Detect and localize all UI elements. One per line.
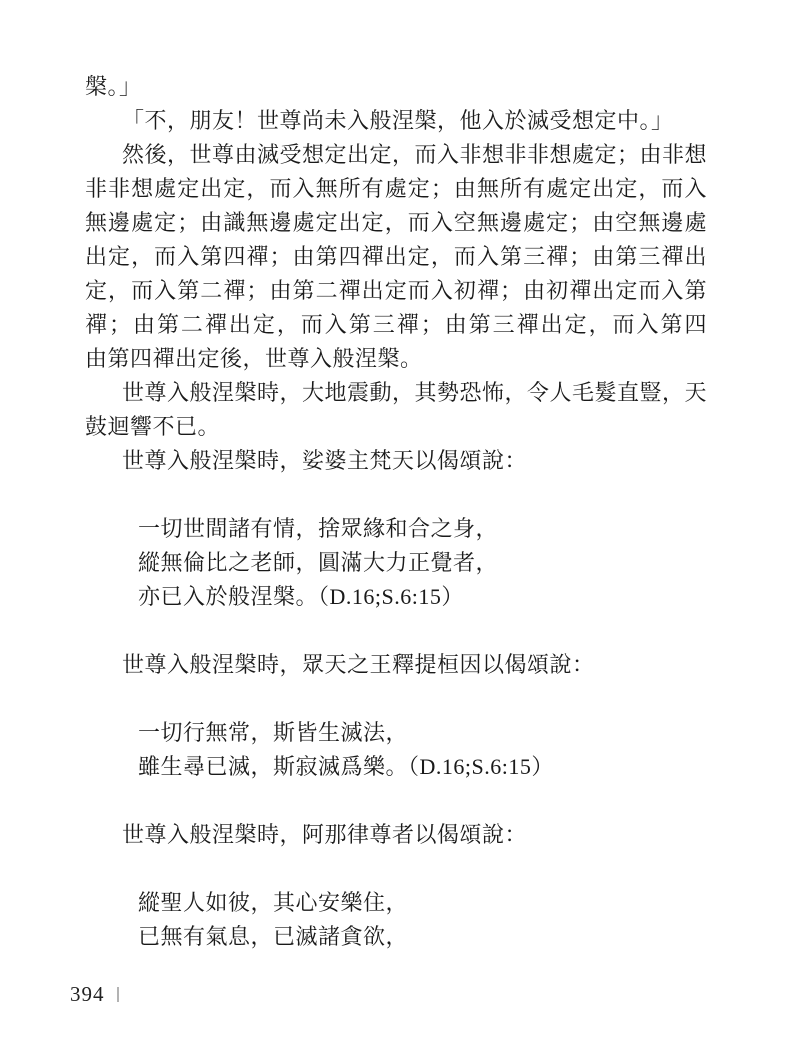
text-line: 一切世間諸有情，捨眾緣和合之身， bbox=[85, 512, 707, 546]
text-line: 世尊入般涅槃時，眾天之王釋提桓因以偈頌說： bbox=[85, 648, 707, 682]
text-line: 出定，而入第四禪；由第四禪出定，而入第三禪；由第三禪出 bbox=[85, 240, 707, 274]
page-number: 394 bbox=[70, 982, 105, 1006]
page-footer: 394 bbox=[70, 982, 119, 1006]
text-line: 「不，朋友！世尊尚未入般涅槃，他入於滅受想定中。」 bbox=[85, 104, 707, 138]
text-line: 世尊入般涅槃時，娑婆主梵天以偈頌說： bbox=[85, 444, 707, 478]
text-line: 定，而入第二禪；由第二禪出定而入初禪；由初禪出定而入第二 bbox=[85, 274, 707, 308]
text-line: 縱無倫比之老師，圓滿大力正覺者， bbox=[85, 546, 707, 580]
text-line: 禪；由第二禪出定，而入第三禪；由第三禪出定，而入第四禪； bbox=[85, 308, 707, 342]
text-line: 世尊入般涅槃時，大地震動，其勢恐怖，令人毛髮直豎，天 bbox=[85, 376, 707, 410]
text-line: 然後，世尊由滅受想定出定，而入非想非非想處定；由非想 bbox=[85, 138, 707, 172]
line-spacer bbox=[85, 478, 707, 512]
text-line: 一切行無常，斯皆生滅法， bbox=[85, 716, 707, 750]
line-spacer bbox=[85, 614, 707, 648]
text-line: 世尊入般涅槃時，阿那律尊者以偈頌說： bbox=[85, 818, 707, 852]
book-page: 槃。」「不，朋友！世尊尚未入般涅槃，他入於滅受想定中。」然後，世尊由滅受想定出定… bbox=[0, 0, 792, 1056]
line-spacer bbox=[85, 682, 707, 716]
text-line: 雖生尋已滅，斯寂滅爲樂。（D.16;S.6:15） bbox=[85, 750, 707, 784]
text-line: 由第四禪出定後，世尊入般涅槃。 bbox=[85, 342, 707, 376]
text-line: 無邊處定；由識無邊處定出定，而入空無邊處定；由空無邊處定 bbox=[85, 206, 707, 240]
text-line: 縱聖人如彼，其心安樂住， bbox=[85, 886, 707, 920]
line-spacer bbox=[85, 784, 707, 818]
text-line: 非非想處定出定，而入無所有處定；由無所有處定出定，而入識 bbox=[85, 172, 707, 206]
text-line: 亦已入於般涅槃。（D.16;S.6:15） bbox=[85, 580, 707, 614]
text-line: 槃。」 bbox=[85, 70, 707, 104]
text-line: 鼓迴響不已。 bbox=[85, 410, 707, 444]
line-spacer bbox=[85, 852, 707, 886]
page-body-text: 槃。」「不，朋友！世尊尚未入般涅槃，他入於滅受想定中。」然後，世尊由滅受想定出定… bbox=[85, 70, 707, 954]
page-number-rule bbox=[117, 987, 119, 1002]
text-line: 已無有氣息，已滅諸貪欲， bbox=[85, 920, 707, 954]
